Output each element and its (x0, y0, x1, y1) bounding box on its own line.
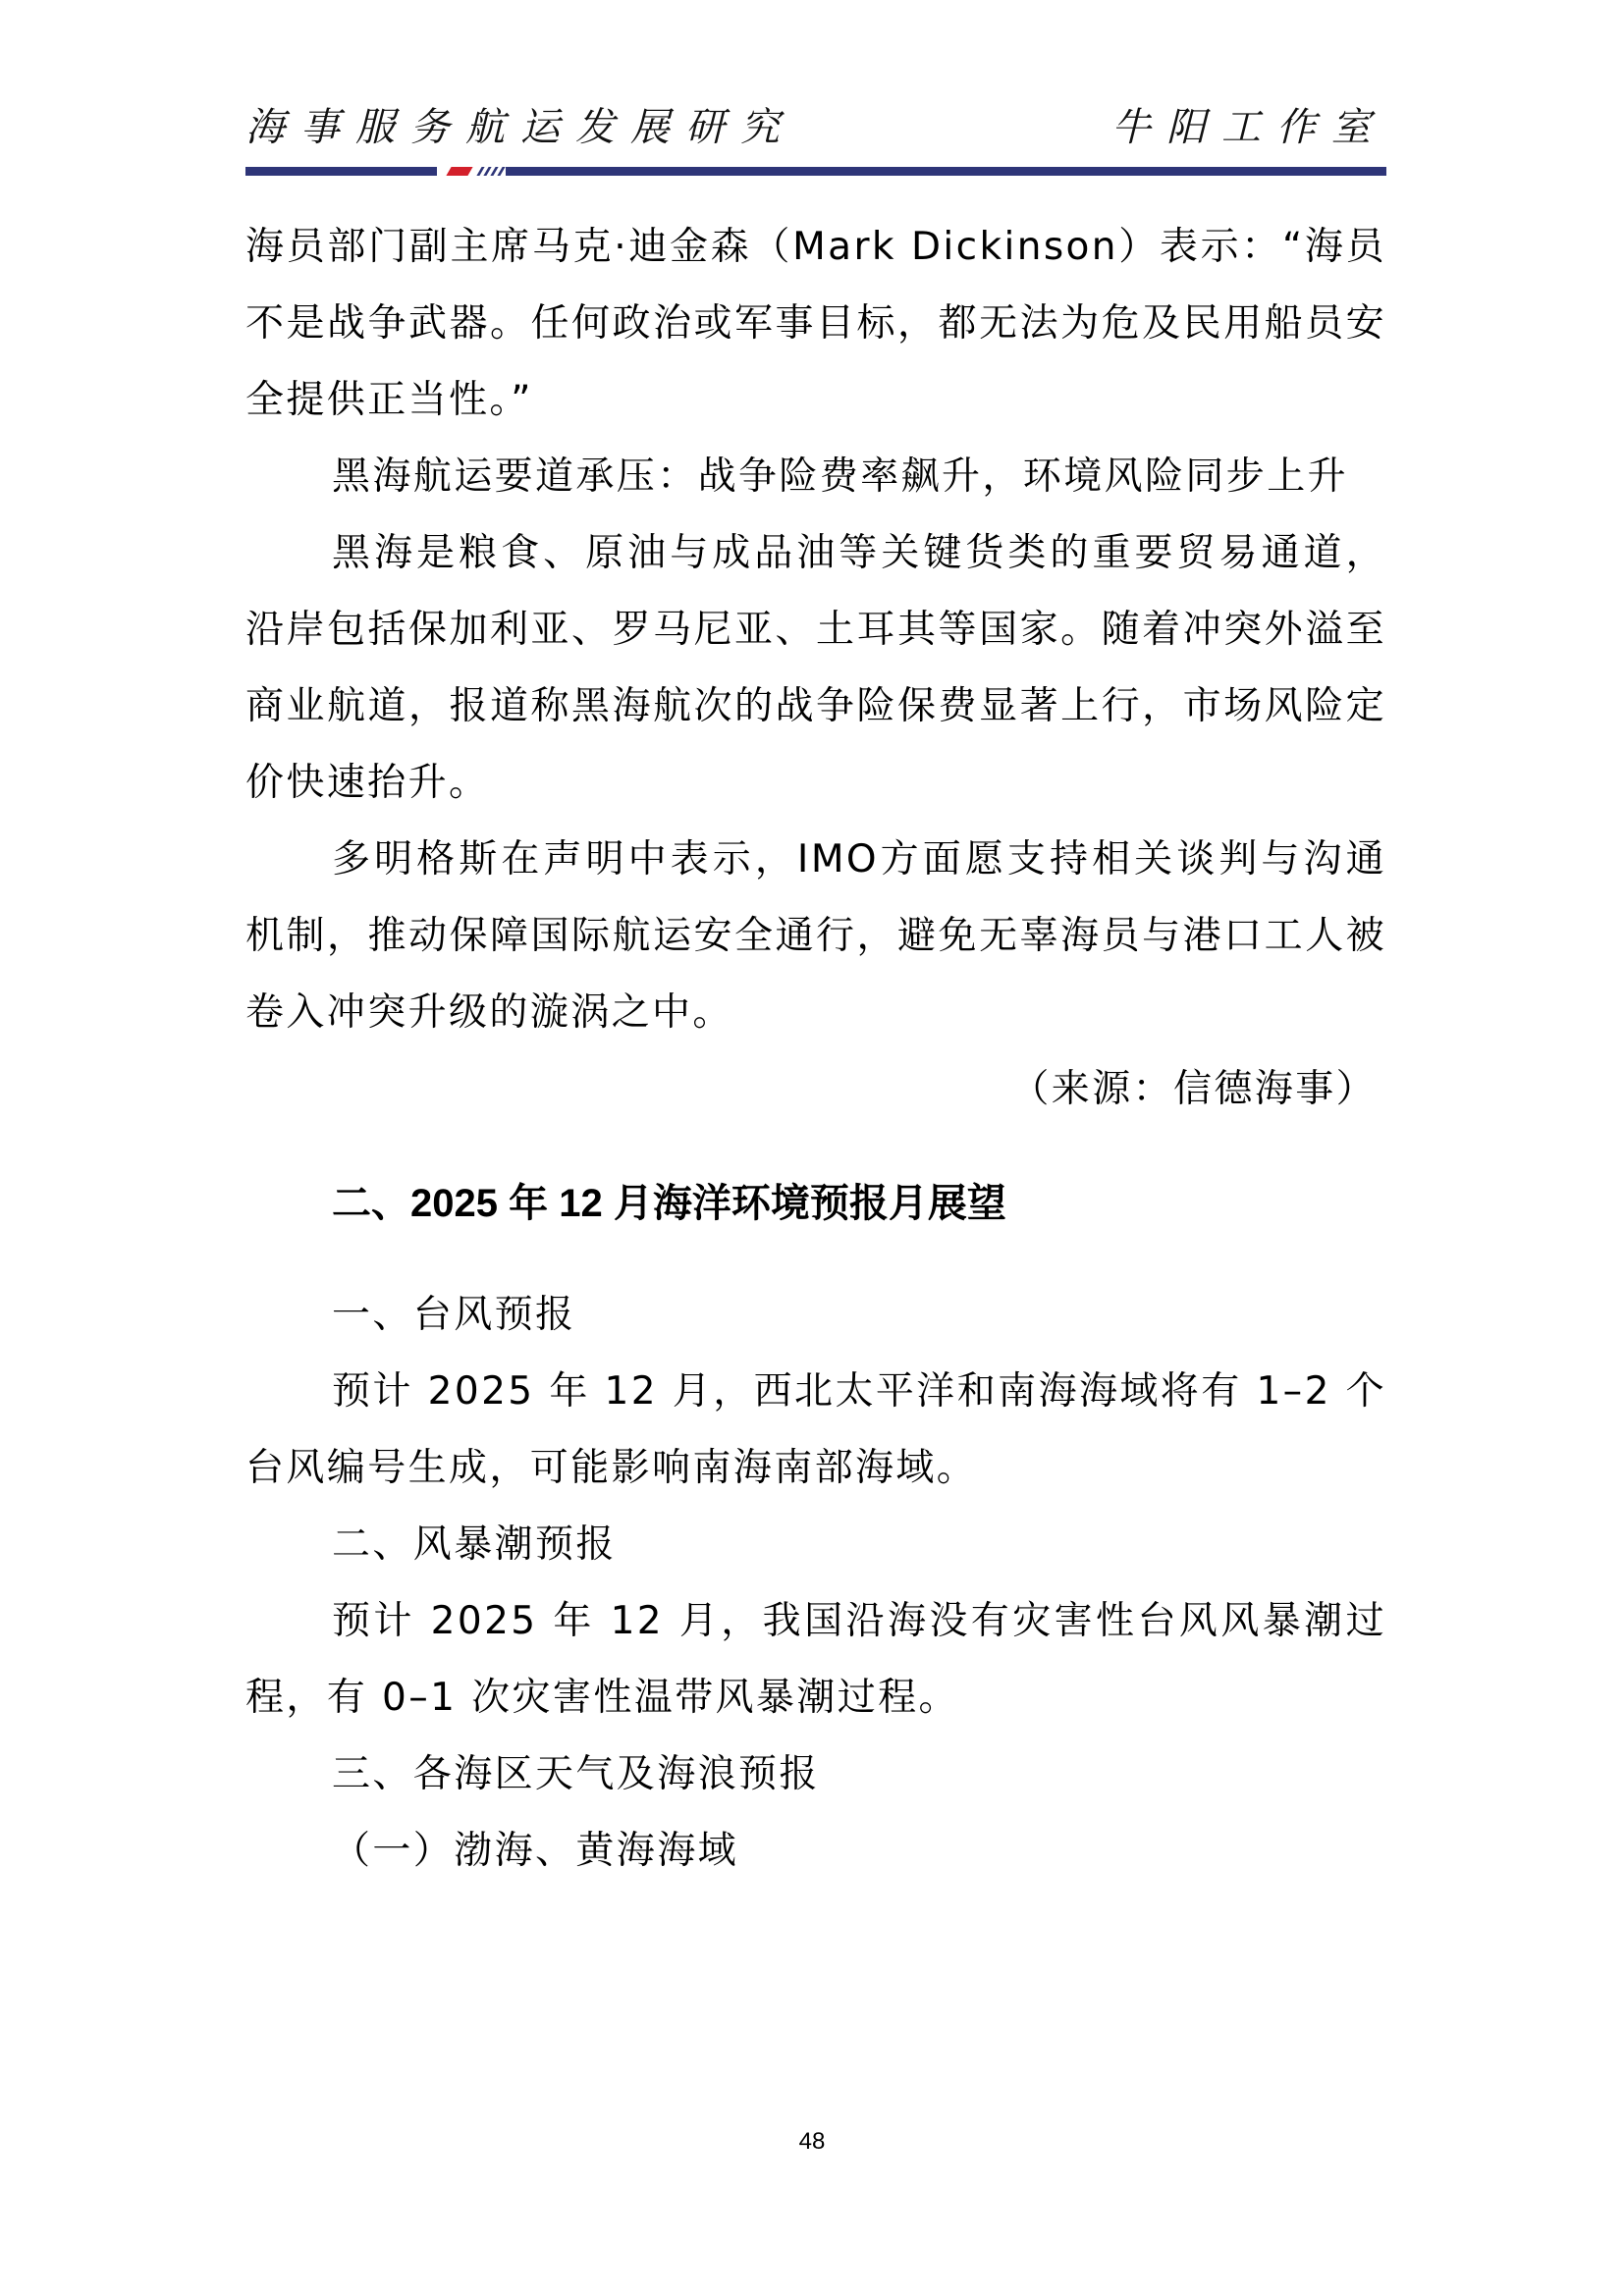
paragraph-black-sea: 黑海是粮食、原油与成品油等关键货类的重要贸易通道，沿岸包括保加利亚、罗马尼亚、土… (245, 515, 1386, 822)
source-attribution: （来源：信德海事） (245, 1051, 1386, 1128)
header-divider-bar (245, 167, 1386, 176)
header-publication-title: 海事服务航运发展研究 (245, 102, 795, 153)
page-header: 海事服务航运发展研究 牛阳工作室 (245, 102, 1386, 153)
paragraph-imo-statement: 多明格斯在声明中表示，IMO方面愿支持相关谈判与沟通机制，推动保障国际航运安全通… (245, 822, 1386, 1051)
subsection-typhoon-title: 一、台风预报 (245, 1277, 1386, 1354)
section-title: 二、2025 年 12 月海洋环境预报月展望 (245, 1165, 1386, 1242)
page-number: 48 (0, 2128, 1624, 2156)
subsection-storm-surge-text: 预计 2025 年 12 月，我国沿海没有灾害性台风风暴潮过程，有 0–1 次灾… (245, 1583, 1386, 1736)
subsection-storm-surge-title: 二、风暴潮预报 (245, 1507, 1386, 1583)
document-body: 海员部门副主席马克·迪金森（Mark Dickinson）表示：“海员不是战争武… (245, 209, 1386, 1890)
subheading-black-sea: 黑海航运要道承压：战争险费率飙升，环境风险同步上升 (245, 439, 1386, 515)
subsection-weather-waves-title: 三、各海区天气及海浪预报 (245, 1736, 1386, 1813)
subsection-bohai-yellow-sea: （一）渤海、黄海海域 (245, 1813, 1386, 1890)
subsection-typhoon-text: 预计 2025 年 12 月，西北太平洋和南海海域将有 1–2 个台风编号生成，… (245, 1354, 1386, 1507)
header-studio-name: 牛阳工作室 (1111, 102, 1386, 153)
paragraph-quote-continuation: 海员部门副主席马克·迪金森（Mark Dickinson）表示：“海员不是战争武… (245, 209, 1386, 439)
